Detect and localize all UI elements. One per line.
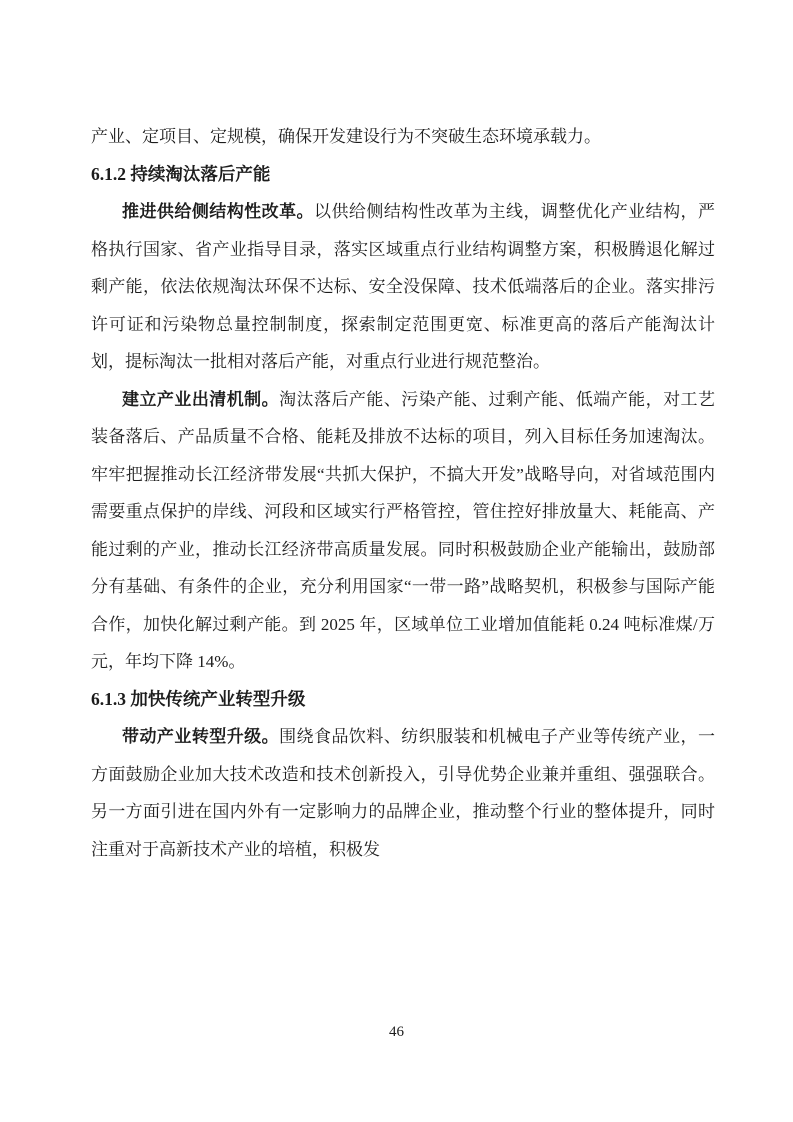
paragraph-body-supply-side-reform: 以供给侧结构性改革为主线，调整优化产业结构，严格执行国家、省产业指导目录，落实区… xyxy=(91,202,715,371)
document-page: 产业、定项目、定规模，确保开发建设行为不突破生态环境承载力。 6.1.2 持续淘… xyxy=(0,0,793,1122)
paragraph-lead-supply-side-reform: 推进供给侧结构性改革。 xyxy=(122,202,314,221)
paragraph-industry-transformation: 带动产业转型升级。围绕食品饮料、纺织服装和机械电子产业等传统产业，一方面鼓励企业… xyxy=(91,718,715,868)
page-content: 产业、定项目、定规模，确保开发建设行为不突破生态环境承载力。 6.1.2 持续淘… xyxy=(91,118,715,868)
section-heading-6-1-3: 6.1.3 加快传统产业转型升级 xyxy=(91,681,715,719)
paragraph-industry-clearing-mechanism: 建立产业出清机制。淘汰落后产能、污染产能、过剩产能、低端产能，对工艺装备落后、产… xyxy=(91,381,715,681)
paragraph-lead-industry-clearing-mechanism: 建立产业出清机制。 xyxy=(122,390,279,409)
paragraph-body-industry-transformation: 围绕食品饮料、纺织服装和机械电子产业等传统产业，一方面鼓励企业加大技术改造和技术… xyxy=(91,727,715,859)
section-heading-6-1-2: 6.1.2 持续淘汰落后产能 xyxy=(91,156,715,194)
paragraph-body-industry-clearing-mechanism: 淘汰落后产能、污染产能、过剩产能、低端产能，对工艺装备落后、产品质量不合格、能耗… xyxy=(91,390,715,672)
paragraph-lead-industry-transformation: 带动产业转型升级。 xyxy=(122,727,279,746)
page-number: 46 xyxy=(0,1020,793,1044)
continuation-paragraph-line: 产业、定项目、定规模，确保开发建设行为不突破生态环境承载力。 xyxy=(91,118,715,156)
paragraph-supply-side-reform: 推进供给侧结构性改革。以供给侧结构性改革为主线，调整优化产业结构，严格执行国家、… xyxy=(91,193,715,381)
